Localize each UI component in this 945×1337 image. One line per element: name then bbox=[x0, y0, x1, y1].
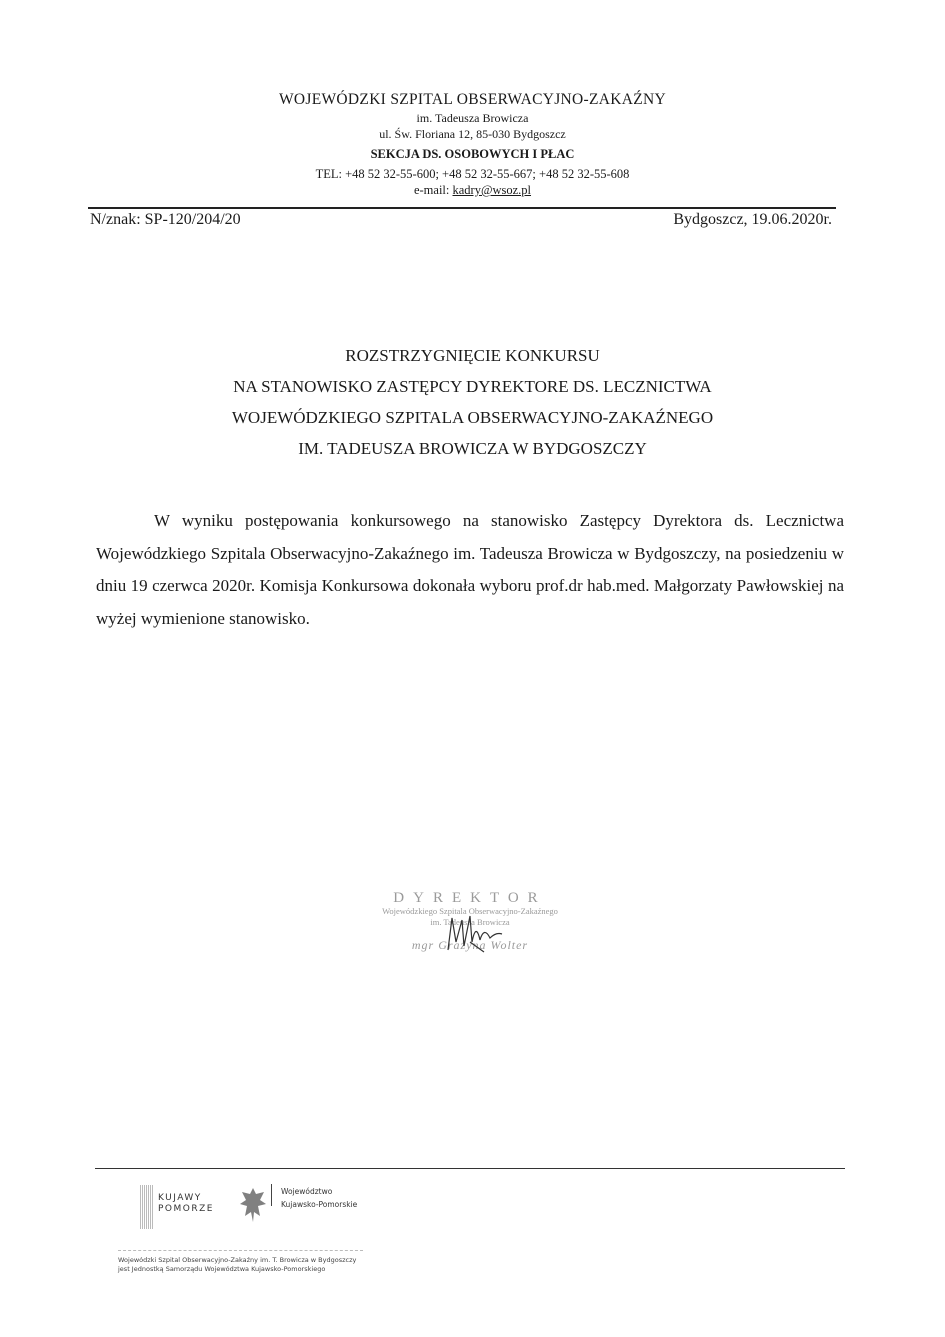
kujawy-pomorze-logo: KUJAWY POMORZE bbox=[130, 1185, 220, 1230]
handwritten-signature bbox=[440, 912, 510, 954]
title-line: ROZSTRZYGNIĘCIE KONKURSU bbox=[0, 340, 945, 371]
voivodeship-logo: Województwo Kujawsko-Pomorskie bbox=[238, 1184, 378, 1229]
logo-text: KUJAWY bbox=[158, 1193, 214, 1204]
organization-patron: im. Tadeusza Browicza bbox=[0, 110, 945, 126]
footer-note-divider bbox=[118, 1250, 363, 1251]
logo-text: Województwo bbox=[281, 1185, 357, 1198]
organization-name: WOJEWÓDZKI SZPITAL OBSERWACYJNO-ZAKAŹNY bbox=[0, 90, 945, 110]
footer-note-line: jest Jednostką Samorządu Województwa Kuj… bbox=[118, 1265, 356, 1274]
footer-note-line: Wojewódzki Szpital Obserwacyjno-Zakaźny … bbox=[118, 1256, 356, 1265]
logo-text: POMORZE bbox=[158, 1204, 214, 1215]
kujawy-pomorze-mark-icon bbox=[140, 1185, 154, 1229]
phone-numbers: TEL: +48 52 32-55-600; +48 52 32-55-667;… bbox=[0, 166, 945, 183]
email-line: e-mail: kadry@wsoz.pl bbox=[0, 183, 945, 197]
logo-text: Kujawsko-Pomorskie bbox=[281, 1198, 357, 1211]
place-and-date: Bydgoszcz, 19.06.2020r. bbox=[673, 211, 832, 229]
footer-divider bbox=[95, 1168, 845, 1169]
reference-number: N/znak: SP-120/204/20 bbox=[90, 211, 241, 229]
title-line: NA STANOWISKO ZASTĘPCY DYREKTORE DS. LEC… bbox=[0, 371, 945, 402]
document-body: W wyniku postępowania konkursowego na st… bbox=[96, 505, 844, 635]
department-name: SEKCJA DS. OSOBOWYCH I PŁAC bbox=[0, 145, 945, 164]
document-title: ROZSTRZYGNIĘCIE KONKURSU NA STANOWISKO Z… bbox=[0, 340, 945, 464]
header-divider bbox=[88, 207, 836, 209]
email-link[interactable]: kadry@wsoz.pl bbox=[453, 183, 532, 197]
stamp-title: DYREKTOR bbox=[360, 890, 580, 906]
logo-separator bbox=[271, 1184, 272, 1206]
body-paragraph: W wyniku postępowania konkursowego na st… bbox=[96, 505, 844, 635]
title-line: IM. TADEUSZA BROWICZA W BYDGOSZCZY bbox=[0, 433, 945, 464]
letterhead: WOJEWÓDZKI SZPITAL OBSERWACYJNO-ZAKAŹNY … bbox=[0, 90, 945, 197]
eagle-crest-icon bbox=[238, 1186, 268, 1224]
email-label: e-mail: bbox=[414, 183, 453, 197]
title-line: WOJEWÓDZKIEGO SZPITALA OBSERWACYJNO-ZAKA… bbox=[0, 402, 945, 433]
organization-address: ul. Św. Floriana 12, 85-030 Bydgoszcz bbox=[0, 126, 945, 142]
footer-note: Wojewódzki Szpital Obserwacyjno-Zakaźny … bbox=[118, 1256, 356, 1274]
